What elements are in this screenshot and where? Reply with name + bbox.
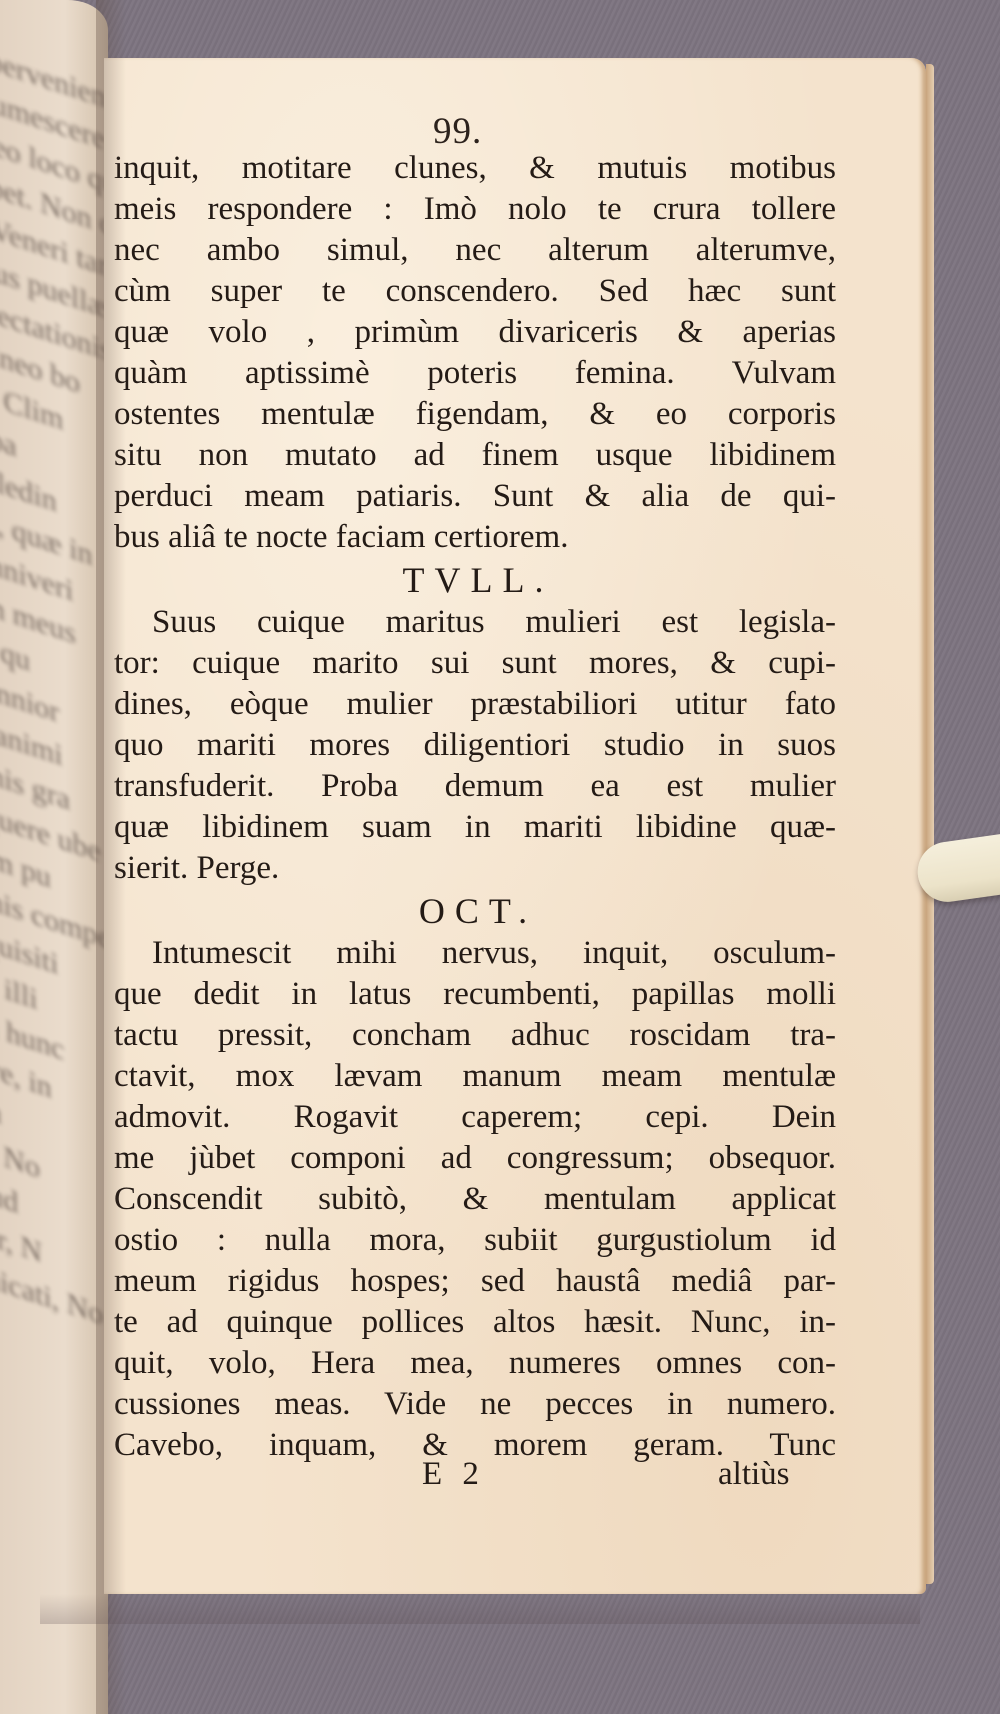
text-line: quo mariti mores diligentiori studio in … (114, 725, 836, 766)
text-line: inquit, motitare clunes, & mutuis motibu… (114, 148, 836, 189)
text-line: tor: cuique marito sui sunt mores, & cup… (114, 643, 836, 684)
catchword: altiùs (718, 1456, 790, 1493)
text-line: cussiones meas. Vide ne pecces in numero… (114, 1384, 836, 1425)
text-line: que dedit in latus recumbenti, papillas … (114, 974, 836, 1015)
text-line: bus aliâ te nocte faciam certiorem. (114, 517, 836, 558)
text-line: quæ libidinem suam in mariti libidine qu… (114, 807, 836, 848)
text-line: situ non mutato ad finem usque libidinem (114, 435, 836, 476)
text-line: transfuderit. Proba demum ea est mulier (114, 766, 836, 807)
text-line: Intumescit mihi nervus, inquit, osculum- (114, 933, 836, 974)
text-line: ctavit, mox lævam manum meam mentulæ (114, 1056, 836, 1097)
text-line: te ad quinque pollices altos hæsit. Nunc… (114, 1302, 836, 1343)
facing-page-left: is pervenienti intumescere prope es eo l… (0, 0, 108, 1714)
signature-mark: E 2 (422, 1456, 485, 1493)
text-line: Conscendit subitò, & mentulam applicat (114, 1179, 836, 1220)
text-line: tactu pressit, concham adhuc roscidam tr… (114, 1015, 836, 1056)
book-page: 99. inquit, motitare clunes, & mutuis mo… (104, 58, 926, 1594)
page-body: inquit, motitare clunes, & mutuis motibu… (114, 148, 836, 1466)
text-line: meum rigidus hospes; sed haustâ mediâ pa… (114, 1261, 836, 1302)
facing-page-text: is pervenienti intumescere prope es eo l… (0, 30, 108, 1342)
text-line: cùm super te conscendero. Sed hæc sunt (114, 271, 836, 312)
text-line: quàm aptissimè poteris femina. Vulvam (114, 353, 836, 394)
text-line: ostio : nulla mora, subiit gurgustiolum … (114, 1220, 836, 1261)
text-line: admovit. Rogavit caperem; cepi. Dein (114, 1097, 836, 1138)
text-line: perduci meam patiaris. Sunt & alia de qu… (114, 476, 836, 517)
text-line: dines, eòque mulier præstabiliori utitur… (114, 684, 836, 725)
speaker-heading: OCT. (114, 889, 836, 933)
text-line: nec ambo simul, nec alterum alterumve, (114, 230, 836, 271)
text-line: sierit. Perge. (114, 848, 836, 889)
text-line: Suus cuique maritus mulieri est legisla- (114, 602, 836, 643)
text-line: me jùbet componi ad congressum; obsequor… (114, 1138, 836, 1179)
text-line: quæ volo , primùm divariceris & aperias (114, 312, 836, 353)
text-line: ostentes mentulæ figendam, & eo corporis (114, 394, 836, 435)
page-number: 99. (433, 110, 482, 153)
text-line: meis respondere : Imò nolo te crura toll… (114, 189, 836, 230)
text-line: quit, volo, Hera mea, numeres omnes con- (114, 1343, 836, 1384)
speaker-heading: TVLL. (114, 558, 836, 602)
page-stack-shadow (40, 1594, 920, 1624)
